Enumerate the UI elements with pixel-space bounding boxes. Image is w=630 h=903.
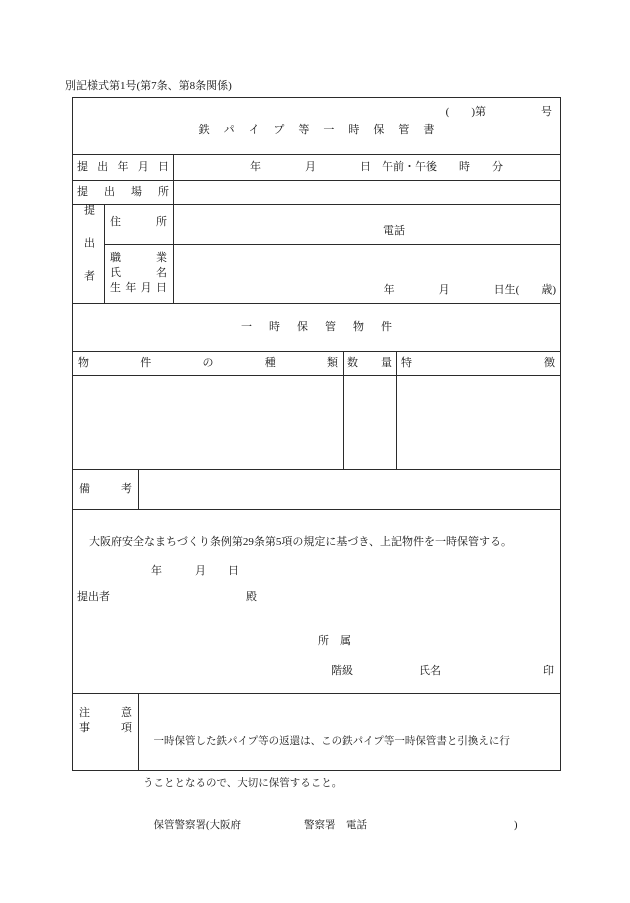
statement-submitter-label: 提出者 xyxy=(77,588,110,604)
column-quantity-header: 数量 xyxy=(343,351,396,375)
notes-label: 注意 事項 xyxy=(73,693,138,770)
name-label: 氏名 xyxy=(104,266,173,281)
phone-label: 電話 xyxy=(383,222,405,238)
divider xyxy=(138,469,139,509)
occupation-label: 職業 xyxy=(104,251,173,266)
divider xyxy=(73,509,560,510)
statement-dono-label: 殿 xyxy=(246,588,257,604)
document-page: 別記様式第1号(第7条、第8条関係) ( )第 号 鉄パイプ等一時保管書 提出年… xyxy=(0,0,630,903)
signer-name-label: 氏名 xyxy=(419,662,441,678)
divider xyxy=(138,693,139,770)
address-label: 住所 xyxy=(104,204,173,240)
notes-line2: うこととなるので、大切に保管すること。 xyxy=(143,777,556,791)
submission-date-value: 年 月 日 午前・午後 時 分 xyxy=(173,154,560,180)
remarks-label: 備考 xyxy=(73,469,138,509)
form-number-field: ( )第 号 xyxy=(446,103,552,119)
submitter-label: 提出者 xyxy=(73,204,104,303)
birthdate-label: 生年月日 xyxy=(104,281,173,296)
notes-label-line2: 事項 xyxy=(73,721,138,736)
birthdate-value: 年 月 日生( 歳) xyxy=(173,244,560,303)
rank-label: 階級 xyxy=(331,662,353,678)
submission-date-label: 提出年月日 xyxy=(73,154,173,180)
notes-text: 一時保管した鉄パイプ等の返還は、この鉄パイプ等一時保管書と引換えに行 うこととな… xyxy=(143,707,556,861)
items-section-header: 一時保管物件 xyxy=(73,303,560,351)
notes-line3: 保管警察署(大阪府 警察署 電話 ) xyxy=(143,819,556,833)
column-kind-header: 物件の種類 xyxy=(73,351,343,375)
statement-text: 大阪府安全なまちづくり条例第29条第5項の規定に基づき、上記物件を一時保管する。 xyxy=(89,533,556,549)
submission-place-label: 提出場所 xyxy=(73,180,173,204)
notes-label-line1: 注意 xyxy=(73,706,138,721)
submitter-person-labels: 職業 氏名 生年月日 xyxy=(104,244,173,303)
column-features-header: 特徴 xyxy=(396,351,560,375)
form-title: 鉄パイプ等一時保管書 xyxy=(73,121,560,137)
notes-line1: 一時保管した鉄パイプ等の返還は、この鉄パイプ等一時保管書と引換えに行 xyxy=(143,735,556,749)
divider xyxy=(73,375,560,376)
divider xyxy=(73,469,560,470)
affiliation-label: 所 属 xyxy=(318,632,351,648)
form-table: ( )第 号 鉄パイプ等一時保管書 提出年月日 年 月 日 午前・午後 時 分 … xyxy=(72,97,561,771)
statement-date-line: 年 月 日 xyxy=(151,562,239,578)
form-caption: 別記様式第1号(第7条、第8条関係) xyxy=(65,77,232,93)
seal-label: 印 xyxy=(543,662,554,678)
divider xyxy=(73,693,560,694)
